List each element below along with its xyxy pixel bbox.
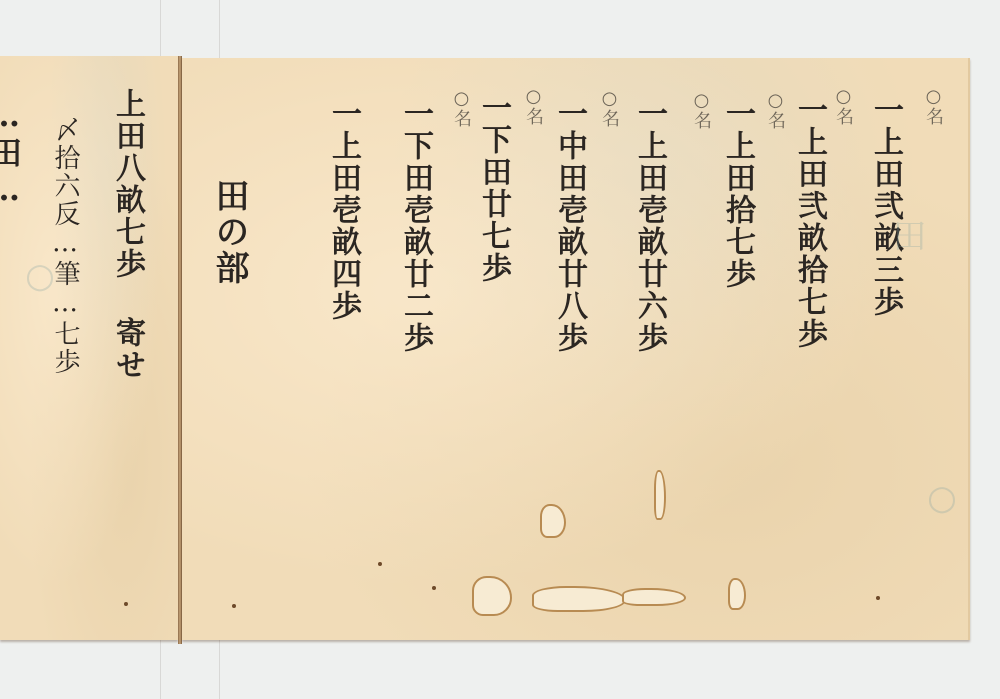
binding-hole [124, 602, 128, 606]
binding-hole [232, 604, 236, 608]
worm-hole [532, 586, 626, 612]
left-edge-partial-column: …田… [0, 96, 20, 210]
bleed-through: ○ [922, 478, 962, 518]
binding-hole [432, 586, 436, 590]
worm-hole [728, 578, 746, 610]
entry-8: 一上田壱畝四歩 [328, 98, 358, 322]
entry-2: 一上田弐畝拾七歩 [794, 94, 824, 350]
entry-7: 一下田壱畝廿二歩 [400, 98, 430, 354]
entry-note-6: ○名 [524, 86, 542, 125]
entry-note-1: ○名 [924, 86, 942, 125]
left-annotation-column: 〆拾六反…筆…七歩 [52, 116, 78, 596]
bleed-through: ○ [20, 256, 60, 296]
entry-3: 一上田拾七歩 [722, 98, 752, 290]
entry-note-7: ○名 [452, 88, 470, 127]
entry-5: 一中田壱畝廿八歩 [554, 98, 584, 354]
entry-6: 一下田廿七歩 [478, 92, 508, 284]
bleed-through: 田 [882, 218, 931, 252]
binding-hole [378, 562, 382, 566]
left-total-column: 上田八畝七歩 寄せ [112, 88, 142, 538]
worm-hole [622, 588, 686, 606]
entry-note-5: ○名 [600, 88, 618, 127]
worm-hole [540, 504, 566, 538]
entry-note-3: ○名 [766, 90, 784, 129]
binding-hole [876, 596, 880, 600]
worm-hole [472, 576, 512, 616]
worm-hole [654, 470, 666, 520]
entry-1: 一上田弐畝三歩 [870, 94, 900, 318]
section-heading: 田の部 [212, 178, 246, 286]
entry-note-4: ○名 [692, 90, 710, 129]
right-page: 田の部 ○名 一上田弐畝三歩 ○名 一上田弐畝拾七歩 ○名 一上田拾七歩 ○名 … [182, 58, 970, 640]
entry-4: 一上田壱畝廿六歩 [634, 98, 664, 354]
entry-note-2: ○名 [834, 86, 852, 125]
left-page: …田… 上田八畝七歩 寄せ 〆拾六反…筆…七歩 ○ [0, 56, 178, 640]
